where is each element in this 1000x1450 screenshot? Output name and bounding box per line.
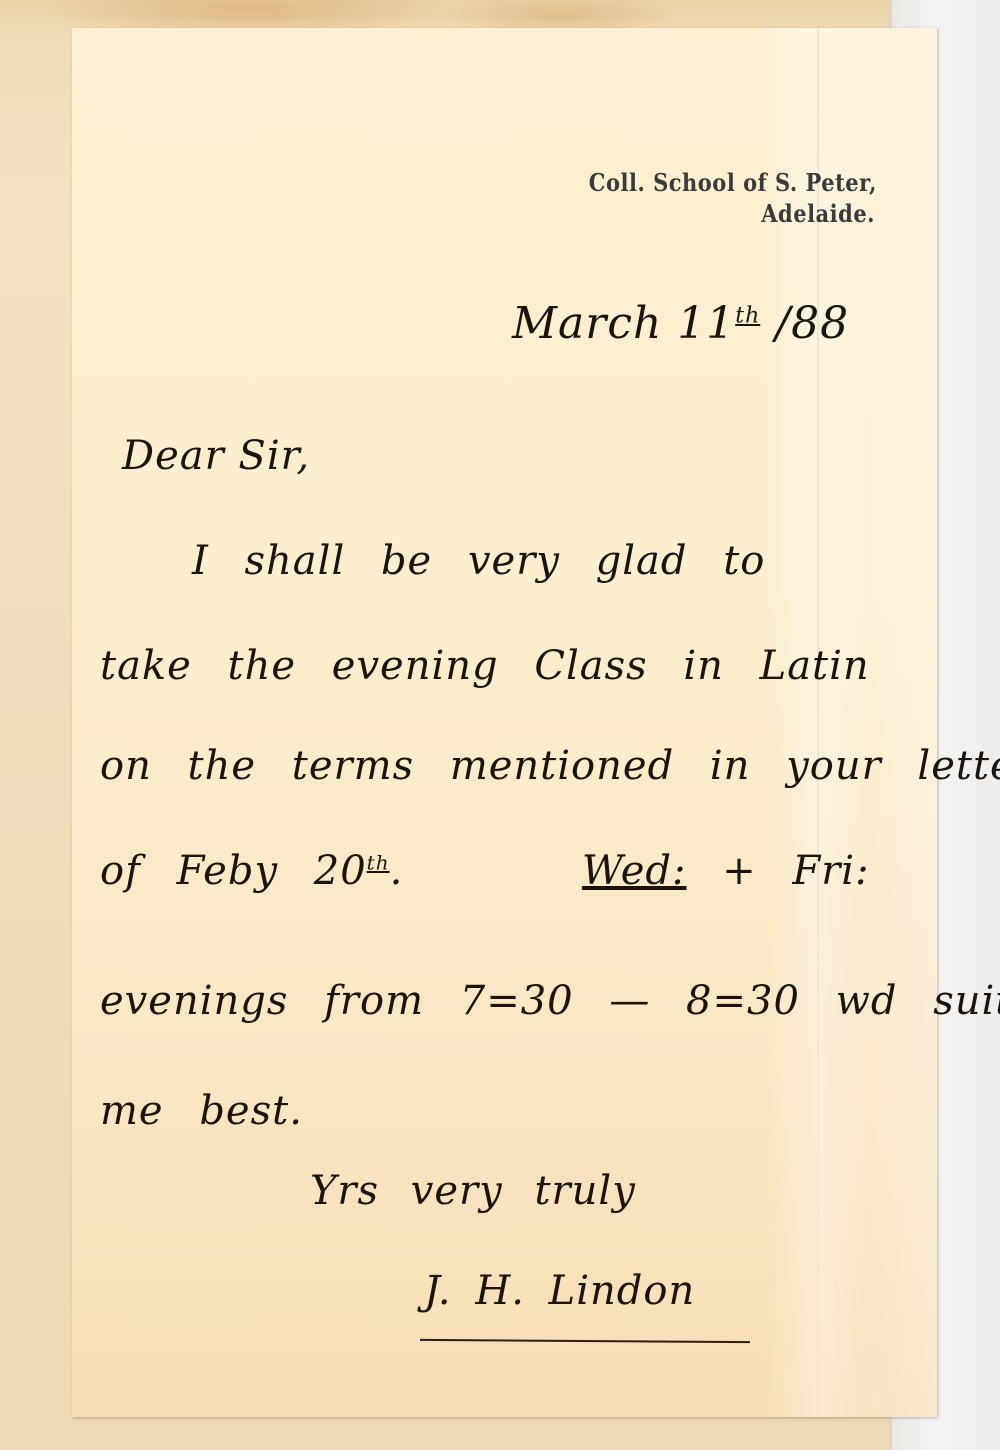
- body-line-6: me best.: [100, 1088, 303, 1134]
- weekday-friday: + Fri:: [722, 848, 869, 894]
- body-line-4: of Feby 20th. Wed: + Fri:: [100, 848, 870, 894]
- body-line-4-prefix: of Feby 20: [100, 848, 367, 894]
- body-line-4-ordinal: th: [367, 851, 390, 875]
- body-line-4-period: .: [390, 848, 404, 894]
- paper-fold-line: [817, 28, 819, 1417]
- date-year: /88: [775, 298, 849, 349]
- letter-page: Coll. School of S. Peter, Adelaide. Marc…: [72, 28, 937, 1417]
- body-line-3: on the terms mentioned in your letter: [100, 743, 1000, 789]
- date-month-day: March 11: [512, 298, 735, 349]
- date-ordinal: th: [735, 303, 760, 328]
- letterhead: Coll. School of S. Peter, Adelaide.: [589, 170, 877, 226]
- body-line-5: evenings from 7=30 — 8=30 wd suit: [100, 978, 1000, 1024]
- closing: Yrs very truly: [310, 1168, 636, 1214]
- weekday-wednesday: Wed:: [582, 848, 687, 894]
- letter-date: March 11th /88: [512, 298, 849, 349]
- body-line-2: take the evening Class in Latin: [100, 643, 870, 689]
- signature: J. H. Lindon: [424, 1268, 695, 1314]
- letterhead-school-name: Coll. School of S. Peter,: [589, 168, 877, 197]
- signature-underline: [420, 1339, 750, 1343]
- salutation: Dear Sir,: [122, 433, 310, 479]
- letterhead-city: Adelaide.: [589, 199, 875, 228]
- body-line-1: I shall be very glad to: [192, 538, 765, 584]
